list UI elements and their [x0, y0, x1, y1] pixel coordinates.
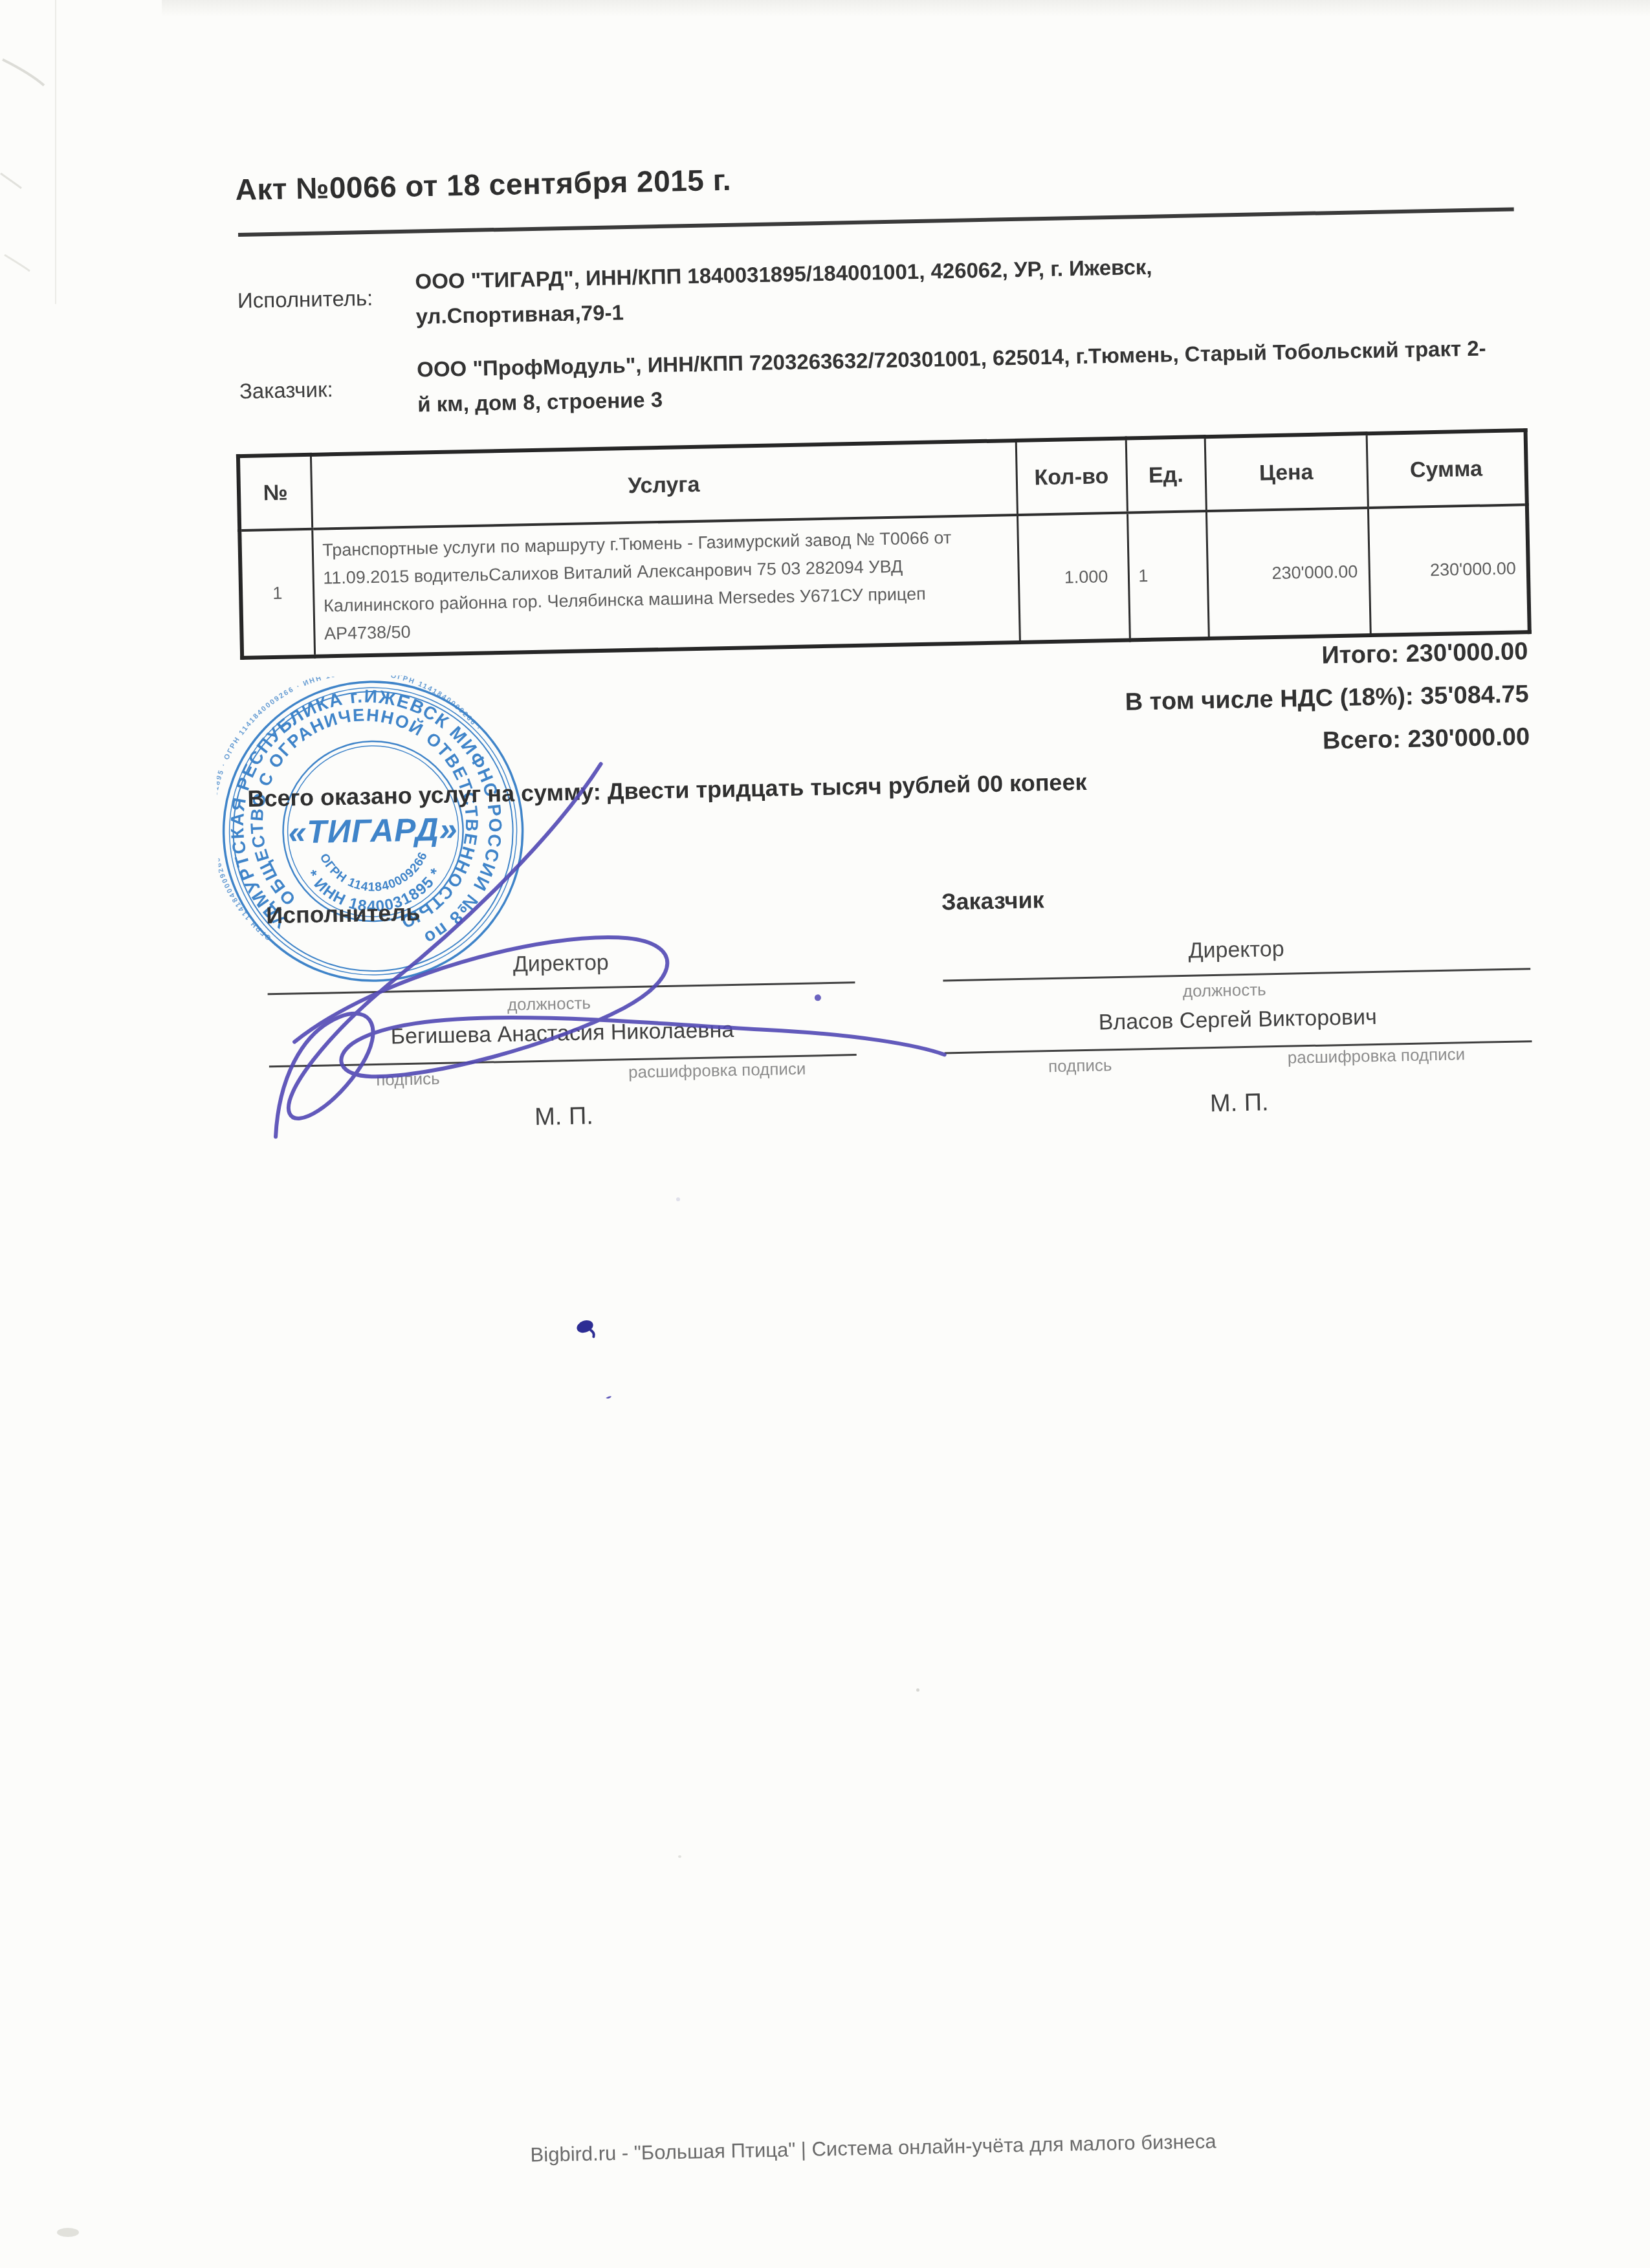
customer-value: ООО "ПрофМодуль", ИНН/КПП 7203263632/720… [417, 331, 1492, 422]
col-header-sum: Сумма [1367, 430, 1527, 508]
total-vsego: Всего: 230'000.00 [1323, 723, 1530, 755]
executor-value: ООО "ТИГАРД", ИНН/КПП 1840031895/1840010… [415, 246, 1335, 334]
customer-position: Директор [942, 932, 1530, 968]
document-content: Акт №0066 от 18 сентября 2015 г. Исполни… [0, 0, 1650, 2268]
executor-label: Исполнитель: [237, 286, 373, 313]
cell-sum: 230'000.00 [1368, 505, 1530, 635]
footer-branding: Bigbird.ru - "Большая Птица" | Система о… [226, 2124, 1520, 2173]
sign-caption: подпись [1048, 1055, 1112, 1076]
cell-price: 230'000.00 [1206, 508, 1370, 638]
col-header-price: Цена [1205, 433, 1368, 511]
handwritten-signature [243, 717, 963, 1158]
cell-qty: 1.000 [1017, 513, 1130, 642]
ink-blot [565, 1305, 644, 1410]
document-title: Акт №0066 от 18 сентября 2015 г. [235, 162, 731, 207]
title-rule [238, 207, 1514, 237]
total-nds: В том числе НДС (18%): 35'084.75 [1125, 681, 1529, 717]
scanned-act-page: Акт №0066 от 18 сентября 2015 г. Исполни… [0, 0, 1650, 2268]
cell-service: Транспортные услуги по маршруту г.Тюмень… [312, 515, 1020, 657]
col-header-unit: Ед. [1126, 437, 1206, 512]
col-header-num: № [238, 455, 312, 530]
customer-seal-mark: М. П. [945, 1084, 1534, 1123]
customer-signature-block: Заказчик Директор должность Власов Серге… [941, 877, 1534, 1134]
cell-num: 1 [239, 529, 314, 658]
customer-label: Заказчик: [239, 377, 333, 404]
table-row: 1 Транспортные услуги по маршруту г.Тюме… [239, 505, 1530, 658]
position-line [943, 968, 1530, 981]
col-header-qty: Кол-во [1016, 439, 1127, 515]
total-itogo: Итого: 230'000.00 [1321, 638, 1528, 670]
name-caption: расшифровка подписи [1288, 1044, 1466, 1067]
cell-unit: 1 [1127, 511, 1209, 640]
col-header-service: Услуга [311, 441, 1017, 529]
services-table: № Услуга Кол-во Ед. Цена Сумма 1 Транспо… [236, 428, 1532, 660]
customer-name: Власов Сергей Викторович [943, 1001, 1532, 1038]
position-caption: должность [1183, 979, 1267, 1001]
